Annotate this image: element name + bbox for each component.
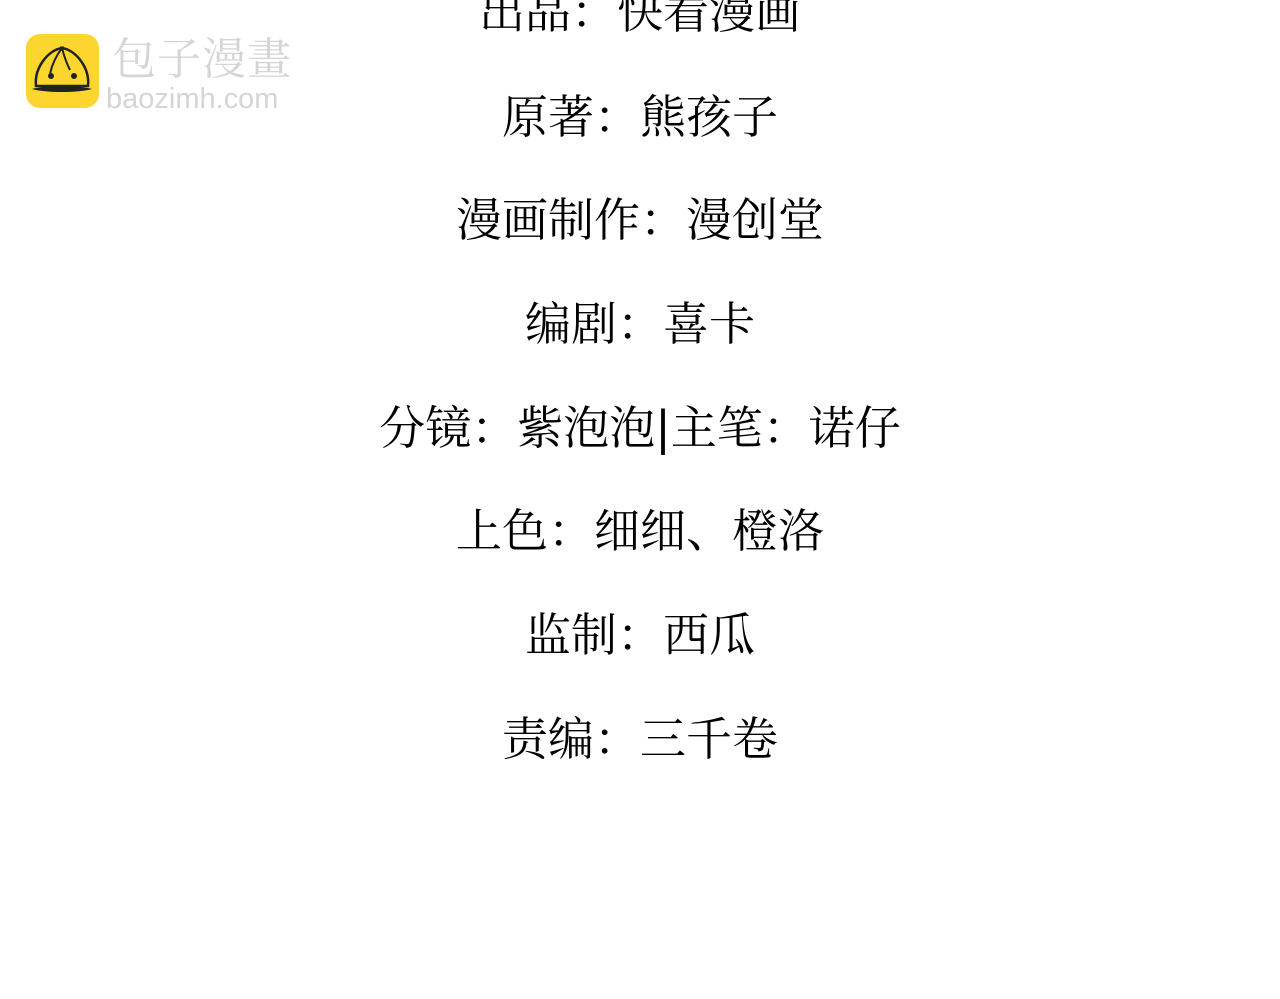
credit-screenwriter: 编剧：喜卡 <box>0 296 1280 352</box>
credit-publisher: 出品：快看漫画 <box>0 0 1280 40</box>
credit-production: 漫画制作：漫创堂 <box>0 192 1280 248</box>
credit-colorist: 上色：细细、橙洛 <box>0 503 1280 559</box>
credit-original-author: 原著：熊孩子 <box>0 89 1280 145</box>
watermark-brand-chinese: 包子漫畫 <box>112 34 292 86</box>
credit-storyboard-lead-artist: 分镜：紫泡泡|主笔：诺仔 <box>0 400 1280 456</box>
credit-supervisor: 监制：西瓜 <box>0 607 1280 663</box>
credit-editor: 责编：三千卷 <box>0 711 1280 767</box>
